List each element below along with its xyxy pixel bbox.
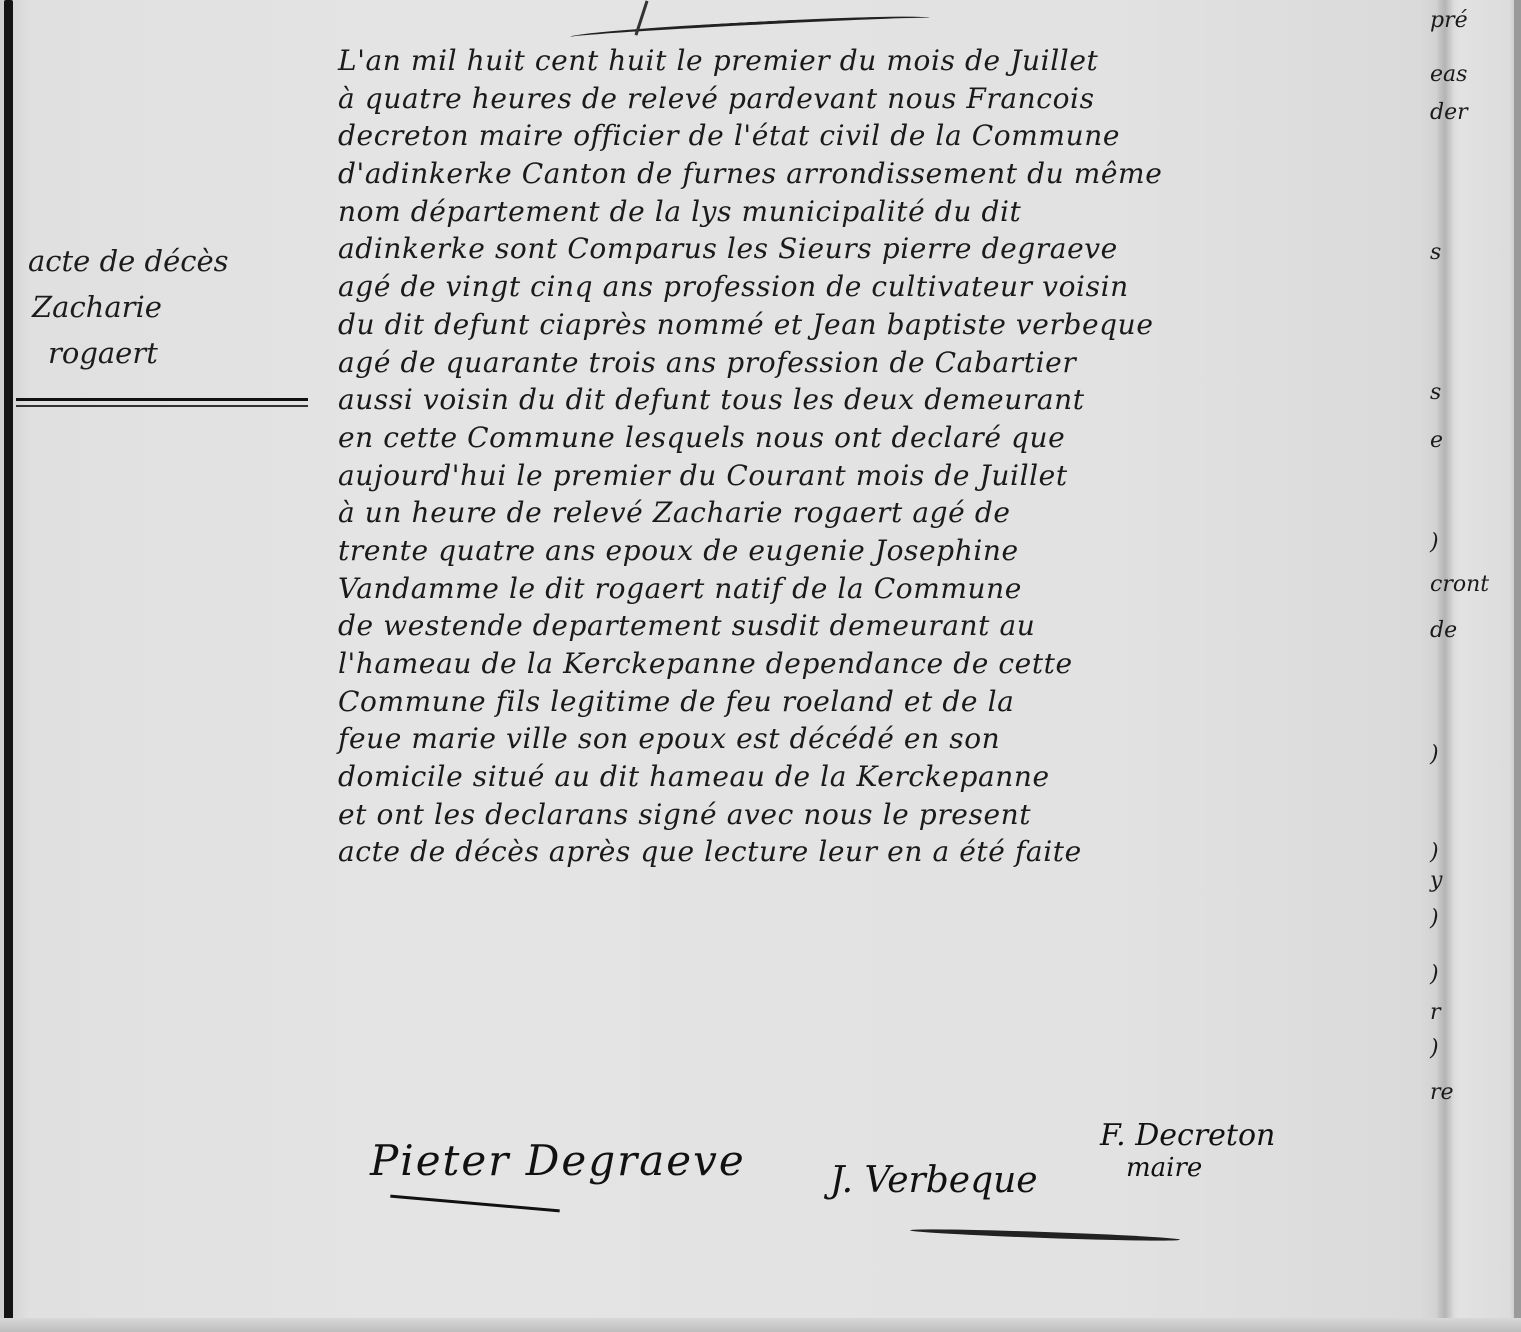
- body-line: du dit defunt ciaprès nommé et Jean bapt…: [338, 306, 1418, 344]
- body-line: aussi voisin du dit defunt tous les deux…: [338, 381, 1418, 419]
- signature-mayor-name: F. Decreton: [1100, 1118, 1275, 1153]
- signature-declarant-1: Pieter Degraeve: [370, 1136, 746, 1185]
- body-line: l'hameau de la Kerckepanne dependance de…: [338, 645, 1418, 683]
- body-line: de westende departement susdit demeurant…: [338, 607, 1418, 645]
- edge-fragment: ): [1430, 906, 1439, 931]
- document-page: acte de décès Zacharie rogaert L'an mil …: [0, 0, 1521, 1332]
- signature-declarant-2: J. Verbeque: [830, 1160, 1038, 1201]
- adjacent-page-edge: pré eas der s s e ) cront de ) ) y ) ) r…: [1430, 0, 1521, 1332]
- body-line: aujourd'hui le premier du Courant mois d…: [338, 457, 1418, 495]
- signature-mayor: F. Decreton maire: [1100, 1120, 1275, 1184]
- body-line: à quatre heures de relevé pardevant nous…: [338, 80, 1418, 118]
- edge-fragment: ): [1430, 962, 1439, 987]
- body-line: agé de vingt cinq ans profession de cult…: [338, 268, 1418, 306]
- left-binding-rule: [4, 0, 13, 1332]
- bottom-page-edge: [0, 1318, 1521, 1332]
- margin-divider: [16, 398, 308, 401]
- edge-fragment: re: [1430, 1080, 1454, 1105]
- edge-fragment: ): [1430, 1036, 1439, 1061]
- body-line: d'adinkerke Canton de furnes arrondissem…: [338, 155, 1418, 193]
- body-line: domicile situé au dit hameau de la Kerck…: [338, 758, 1418, 796]
- body-line: nom département de la lys municipalité d…: [338, 193, 1418, 231]
- body-line: L'an mil huit cent huit le premier du mo…: [338, 42, 1418, 80]
- body-line: Commune fils legitime de feu roeland et …: [338, 683, 1418, 721]
- edge-fragment: ): [1430, 840, 1439, 865]
- body-line: trente quatre ans epoux de eugenie Josep…: [338, 532, 1418, 570]
- edge-fragment: eas: [1430, 62, 1467, 87]
- edge-fragment: pré: [1430, 8, 1468, 33]
- body-line: feue marie ville son epoux est décédé en…: [338, 720, 1418, 758]
- edge-fragment: de: [1430, 618, 1457, 643]
- edge-fragment: s: [1430, 240, 1441, 265]
- edge-fragment: r: [1430, 1000, 1441, 1025]
- top-flourish-line: [570, 13, 930, 43]
- body-line: adinkerke sont Comparus les Sieurs pierr…: [338, 230, 1418, 268]
- margin-note-line: rogaert: [28, 330, 308, 376]
- edge-fragment: y: [1430, 868, 1442, 893]
- edge-fragment: s: [1430, 380, 1441, 405]
- margin-note-line: acte de décès: [28, 238, 308, 284]
- signature-underline: [910, 1227, 1180, 1242]
- edge-fragment: ): [1430, 742, 1439, 767]
- edge-fragment: der: [1430, 100, 1468, 125]
- body-line: acte de décès après que lecture leur en …: [338, 833, 1418, 871]
- edge-fragment: e: [1430, 428, 1443, 453]
- signature-mayor-role: maire: [1100, 1152, 1275, 1184]
- body-line: Vandamme le dit rogaert natif de la Comm…: [338, 570, 1418, 608]
- edge-fragment: ): [1430, 530, 1439, 555]
- margin-note: acte de décès Zacharie rogaert: [28, 238, 308, 376]
- page-edge: [1514, 0, 1521, 1332]
- body-line: agé de quarante trois ans profession de …: [338, 344, 1418, 382]
- margin-divider: [16, 405, 308, 407]
- margin-note-line: Zacharie: [28, 284, 308, 330]
- body-line: decreton maire officier de l'état civil …: [338, 117, 1418, 155]
- body-line: à un heure de relevé Zacharie rogaert ag…: [338, 494, 1418, 532]
- signature-block: Pieter Degraeve J. Verbeque F. Decreton …: [330, 1120, 1430, 1260]
- body-line: en cette Commune lesquels nous ont decla…: [338, 419, 1418, 457]
- body-line: et ont les declarans signé avec nous le …: [338, 796, 1418, 834]
- edge-fragment: cront: [1430, 572, 1489, 597]
- record-body: L'an mil huit cent huit le premier du mo…: [338, 42, 1418, 871]
- signature-underline: [390, 1195, 560, 1213]
